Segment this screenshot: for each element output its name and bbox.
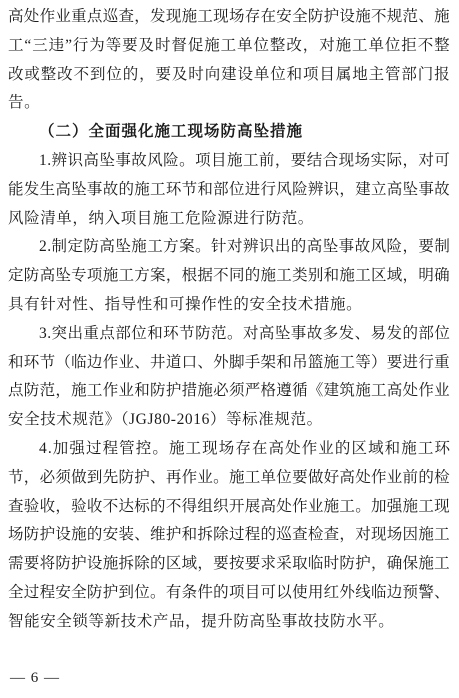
page-number: — 6 —: [10, 668, 60, 688]
text-line: 节，必须做到先防护、再作业。施工单位要做好高处作业前的检: [8, 464, 450, 493]
text-line: 高处作业重点巡查，发现施工现场存在安全防护设施不规范、施: [8, 3, 450, 32]
text-line: 1.辨识高坠事故风险。项目施工前，要结合现场实际，对可: [8, 147, 450, 176]
text-line: 定防高坠专项施工方案，根据不同的施工类别和施工区域，明确: [8, 262, 450, 291]
text-line: 需要将防护设施拆除的区域，要按要求采取临时防护，确保施工: [8, 550, 450, 579]
text-line: 2.制定防高坠施工方案。针对辨识出的高坠事故风险，要制: [8, 233, 450, 262]
text-line: 能发生高坠事故的施工环节和部位进行风险辨识，建立高坠事故: [8, 176, 450, 205]
text-line: 安全技术规范》（JGJ80-2016）等标准规范。: [8, 406, 450, 435]
text-line: 智能安全锁等新技术产品，提升防高坠事故技防水平。: [8, 608, 450, 637]
text-line: 风险清单，纳入项目施工危险源进行防范。: [8, 205, 450, 234]
text-line: 改或整改不到位的，要及时向建设单位和项目属地主管部门报: [8, 61, 450, 90]
text-line: 告。: [8, 89, 450, 118]
text-line: 3.突出重点部位和环节防范。对高坠事故多发、易发的部位: [8, 320, 450, 349]
text-line: 查验收，验收不达标的不得组织开展高处作业施工。加强施工现: [8, 493, 450, 522]
text-line: 4.加强过程管控。施工现场存在高处作业的区域和施工环: [8, 435, 450, 464]
text-line: 点防范，施工作业和防护措施必须严格遵循《建筑施工高处作业: [8, 377, 450, 406]
text-line: 工“三违”行为等要及时督促施工单位整改，对施工单位拒不整: [8, 32, 450, 61]
text-line: 场防护设施的安装、维护和拆除过程的巡查检查，对现场因施工: [8, 521, 450, 550]
document-page: 高处作业重点巡查，发现施工现场存在安全防护设施不规范、施 工“三违”行为等要及时…: [0, 0, 459, 698]
text-line: 全过程安全防护到位。有条件的项目可以使用红外线临边预警、: [8, 579, 450, 608]
section-heading: （二）全面强化施工现场防高坠措施: [8, 118, 450, 147]
text-line: 具有针对性、指导性和可操作性的安全技术措施。: [8, 291, 450, 320]
text-line: 和环节（临边作业、井道口、外脚手架和吊篮施工等）要进行重: [8, 349, 450, 378]
document-body: 高处作业重点巡查，发现施工现场存在安全防护设施不规范、施 工“三违”行为等要及时…: [8, 3, 450, 637]
